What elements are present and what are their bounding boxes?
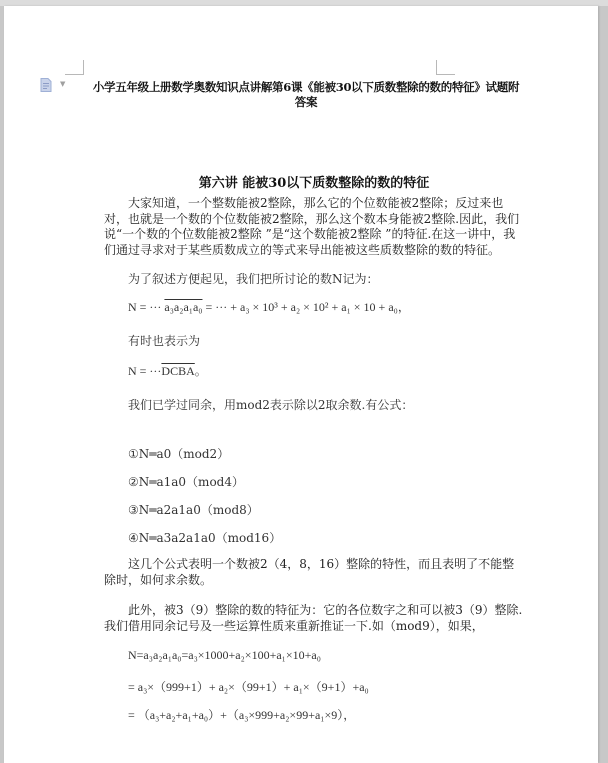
derivation-line-1: N=a₃a₂a₁a₀=a₃×1000+a₂×100+a₁×10+a₀ bbox=[128, 648, 321, 663]
intro-paragraph: 大家知道，一个整数能被2整除，那么它的个位数能被2整除；反过来也对，也就是一个数… bbox=[104, 196, 524, 258]
notation-intro: 为了叙述方便起见，我们把所讨论的数N记为： bbox=[128, 270, 379, 287]
derivation-line-3: = （a₃+a₂+a₁+a₀）+（a₃×999+a₂×99+a₁×9）， bbox=[128, 706, 355, 723]
congruence-4: ④N═a3a2a1a0（mod16） bbox=[128, 529, 281, 546]
overlined-dcba: DCBA bbox=[161, 364, 194, 378]
lecture-title: 第六讲 能被30以下质数整除的数的特征 bbox=[98, 172, 530, 191]
document-icon[interactable] bbox=[40, 78, 52, 92]
document-page: ▼ 小学五年级上册数学奥数知识点讲解第6课《能被30以下质数整除的数的特征》试题… bbox=[4, 6, 598, 763]
congruence-3: ③N═a2a1a0（mod8） bbox=[128, 501, 259, 518]
margin-corner-top-right bbox=[436, 60, 455, 75]
congruence-1: ①N═a0（mod2） bbox=[128, 445, 229, 462]
divisibility-3-9-paragraph: 此外，被3（9）整除的数的特征为：它的各位数字之和可以被3（9）整除.我们借用同… bbox=[104, 603, 524, 634]
alternate-notation-label: 有时也表示为 bbox=[128, 332, 200, 349]
congruence-intro: 我们已学过同余，用mod2表示除以2取余数.有公式： bbox=[128, 396, 413, 413]
congruence-explanation: 这几个公式表明一个数被2（4，8，16）整除的特性，而且表明了不能整除时，如何求… bbox=[104, 557, 524, 588]
derivation-line-2: = a₃×（999+1）+ a₂×（99+1）+ a₁×（9+1）+a₀ bbox=[128, 678, 369, 695]
margin-corner-top-left bbox=[65, 60, 84, 75]
formula-n-expansion: N = ··· a₃a₂a₁a₀ = ··· + a₃ × 10³ + a₂ ×… bbox=[128, 298, 410, 315]
congruence-2: ②N═a1a0（mod4） bbox=[128, 473, 244, 490]
document-title: 小学五年级上册数学奥数知识点讲解第6课《能被30以下质数整除的数的特征》试题附答… bbox=[90, 80, 522, 110]
formula-dcba: N = ···DCBA。 bbox=[128, 362, 207, 379]
chevron-down-icon[interactable]: ▼ bbox=[60, 80, 65, 88]
overlined-digits: a₃a₂a₁a₀ bbox=[164, 300, 202, 314]
